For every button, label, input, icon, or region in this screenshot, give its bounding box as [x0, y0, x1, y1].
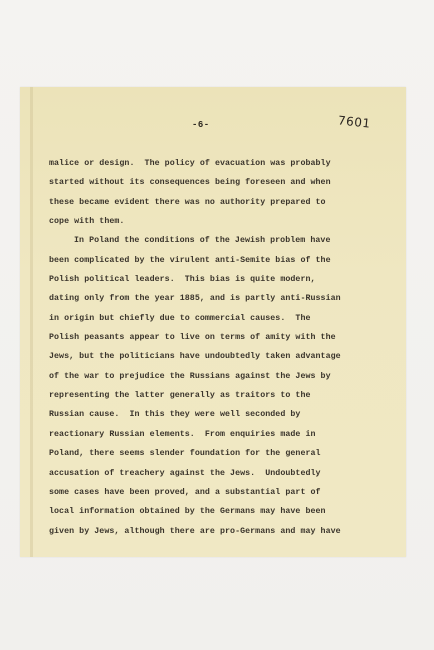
text-line: accusation of treachery against the Jews…: [49, 464, 389, 483]
text-line: started without its consequences being f…: [49, 173, 389, 192]
typed-document-page: -6- 7601 malice or design. The policy of…: [20, 87, 406, 557]
text-line: some cases have been proved, and a subst…: [49, 483, 389, 502]
text-line: been complicated by the virulent anti-Se…: [49, 251, 389, 270]
text-line: Jews, but the politicians have undoubted…: [49, 347, 389, 366]
text-line: malice or design. The policy of evacuati…: [49, 154, 389, 173]
text-line: these became evident there was no author…: [49, 193, 389, 212]
text-line: of the war to prejudice the Russians aga…: [49, 367, 389, 386]
text-line: Poland, there seems slender foundation f…: [49, 444, 389, 463]
text-line: in origin but chiefly due to commercial …: [49, 309, 389, 328]
text-line: representing the latter generally as tra…: [49, 386, 389, 405]
document-body: malice or design. The policy of evacuati…: [49, 154, 389, 541]
text-line: Polish political leaders. This bias is q…: [49, 270, 389, 289]
page-number: -6-: [192, 120, 210, 130]
text-line: Polish peasants appear to live on terms …: [49, 328, 389, 347]
archive-number: 7601: [337, 113, 371, 130]
text-line: cope with them.: [49, 212, 389, 231]
text-line: given by Jews, although there are pro-Ge…: [49, 522, 389, 541]
text-line: reactionary Russian elements. From enqui…: [49, 425, 389, 444]
paragraph-start-line: In Poland the conditions of the Jewish p…: [49, 231, 389, 250]
text-line: dating only from the year 1885, and is p…: [49, 289, 389, 308]
text-line: Russian cause. In this they were well se…: [49, 405, 389, 424]
text-line: local information obtained by the German…: [49, 502, 389, 521]
